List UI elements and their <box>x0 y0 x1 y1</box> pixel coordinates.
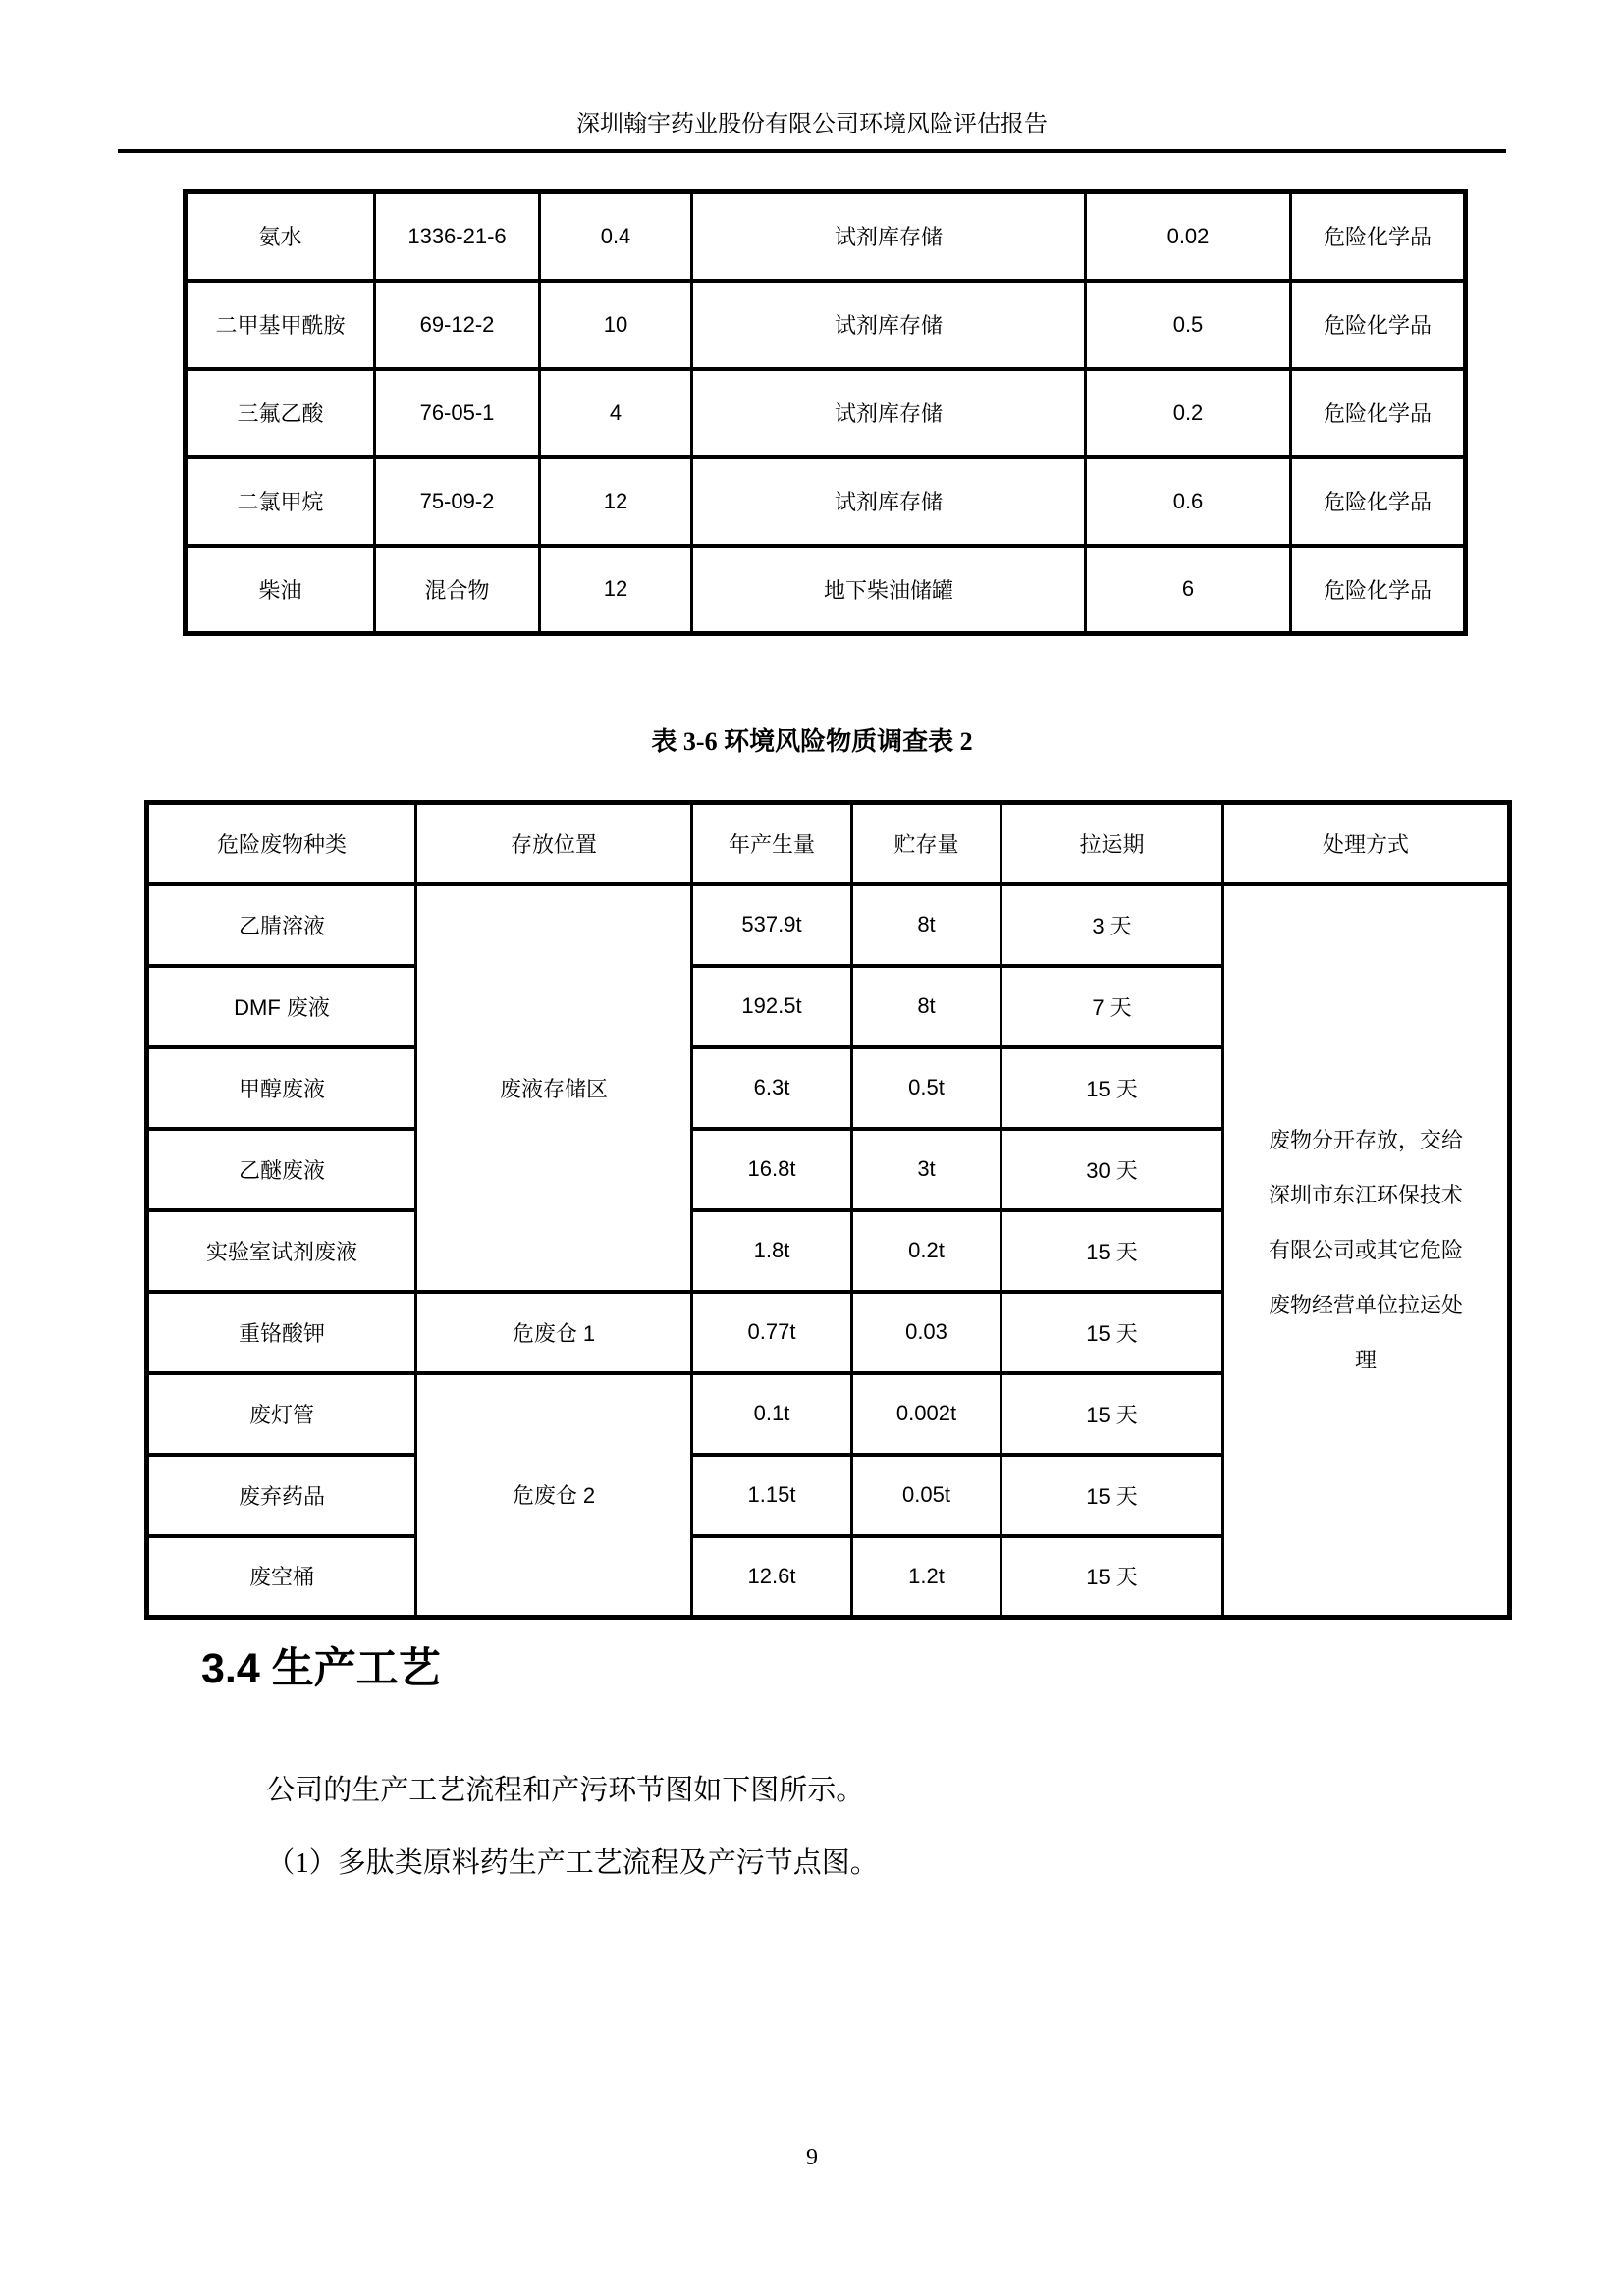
stock-cell: 8t <box>852 966 1001 1047</box>
waste-table: 危险废物种类 存放位置 年产生量 贮存量 拉运期 处理方式 乙腈溶液 废液存储区… <box>144 800 1512 1620</box>
amount-cell: 12 <box>540 457 692 546</box>
col-header-disposal: 处理方式 <box>1223 803 1510 884</box>
chemical-name-cell: 柴油 <box>186 546 375 634</box>
location-cell-warehouse2: 危废仓 2 <box>416 1373 692 1618</box>
section-heading: 3.4 生产工艺 <box>201 1643 1624 1694</box>
cas-number-cell: 76-05-1 <box>375 369 540 457</box>
waste-type-cell: DMF 废液 <box>147 966 416 1047</box>
table-row: 柴油 混合物 12 地下柴油储罐 6 危险化学品 <box>186 546 1466 634</box>
table-row: 三氟乙酸 76-05-1 4 试剂库存储 0.2 危险化学品 <box>186 369 1466 457</box>
chemical-name-cell: 二氯甲烷 <box>186 457 375 546</box>
stock-cell: 1.2t <box>852 1536 1001 1618</box>
haul-cycle-cell: 15 天 <box>1001 1210 1223 1292</box>
haul-cycle-cell: 3 天 <box>1001 884 1223 966</box>
table-row: 二氯甲烷 75-09-2 12 试剂库存储 0.6 危险化学品 <box>186 457 1466 546</box>
waste-type-cell: 废弃药品 <box>147 1455 416 1536</box>
waste-type-cell: 乙腈溶液 <box>147 884 416 966</box>
stock-cell: 0.2t <box>852 1210 1001 1292</box>
col-header-annual-output: 年产生量 <box>692 803 852 884</box>
table-header-row: 危险废物种类 存放位置 年产生量 贮存量 拉运期 处理方式 <box>147 803 1510 884</box>
col-header-location: 存放位置 <box>416 803 692 884</box>
annual-output-cell: 6.3t <box>692 1047 852 1129</box>
stock-cell: 0.5t <box>852 1047 1001 1129</box>
storage-location-cell: 地下柴油储罐 <box>692 546 1086 634</box>
stock-cell: 0.05t <box>852 1455 1001 1536</box>
waste-type-cell: 废空桶 <box>147 1536 416 1618</box>
category-cell: 危险化学品 <box>1291 369 1466 457</box>
haul-cycle-cell: 15 天 <box>1001 1373 1223 1455</box>
report-title: 深圳翰宇药业股份有限公司环境风险评估报告 <box>576 112 1048 137</box>
page-header: 深圳翰宇药业股份有限公司环境风险评估报告 <box>118 108 1506 153</box>
category-cell: 危险化学品 <box>1291 457 1466 546</box>
table-row: 二甲基甲酰胺 69-12-2 10 试剂库存储 0.5 危险化学品 <box>186 281 1466 369</box>
annual-output-cell: 192.5t <box>692 966 852 1047</box>
body-paragraph: （1）多肽类原料药生产工艺流程及产污节点图。 <box>187 1842 1487 1885</box>
location-cell-liquid-storage: 废液存储区 <box>416 884 692 1292</box>
storage-location-cell: 试剂库存储 <box>692 281 1086 369</box>
cas-number-cell: 75-09-2 <box>375 457 540 546</box>
waste-type-cell: 废灯管 <box>147 1373 416 1455</box>
haul-cycle-cell: 15 天 <box>1001 1292 1223 1373</box>
chemical-name-cell: 二甲基甲酰胺 <box>186 281 375 369</box>
body-paragraph: 公司的生产工艺流程和产污环节图如下图所示。 <box>187 1769 1487 1812</box>
cas-number-cell: 混合物 <box>375 546 540 634</box>
table-caption: 表 3-6 环境风险物质调查表 2 <box>0 724 1624 760</box>
annual-output-cell: 12.6t <box>692 1536 852 1618</box>
waste-type-cell: 重铬酸钾 <box>147 1292 416 1373</box>
stock-cell: 0.02 <box>1086 192 1291 281</box>
waste-type-cell: 甲醇废液 <box>147 1047 416 1129</box>
annual-output-cell: 1.8t <box>692 1210 852 1292</box>
cas-number-cell: 1336-21-6 <box>375 192 540 281</box>
storage-location-cell: 试剂库存储 <box>692 369 1086 457</box>
category-cell: 危险化学品 <box>1291 546 1466 634</box>
category-cell: 危险化学品 <box>1291 192 1466 281</box>
haul-cycle-cell: 7 天 <box>1001 966 1223 1047</box>
stock-cell: 0.6 <box>1086 457 1291 546</box>
annual-output-cell: 1.15t <box>692 1455 852 1536</box>
haul-cycle-cell: 30 天 <box>1001 1129 1223 1210</box>
stock-cell: 8t <box>852 884 1001 966</box>
stock-cell: 0.2 <box>1086 369 1291 457</box>
document-page: 深圳翰宇药业股份有限公司环境风险评估报告 氨水 1336-21-6 0.4 试剂… <box>0 0 1624 2296</box>
col-header-waste-type: 危险废物种类 <box>147 803 416 884</box>
amount-cell: 10 <box>540 281 692 369</box>
annual-output-cell: 0.1t <box>692 1373 852 1455</box>
stock-cell: 0.03 <box>852 1292 1001 1373</box>
storage-location-cell: 试剂库存储 <box>692 457 1086 546</box>
annual-output-cell: 537.9t <box>692 884 852 966</box>
chemicals-table: 氨水 1336-21-6 0.4 试剂库存储 0.02 危险化学品 二甲基甲酰胺… <box>183 189 1468 636</box>
disposal-method-cell: 废物分开存放，交给 深圳市东江环保技术 有限公司或其它危险 废物经营单位拉运处 … <box>1223 884 1510 1618</box>
haul-cycle-cell: 15 天 <box>1001 1047 1223 1129</box>
amount-cell: 12 <box>540 546 692 634</box>
table-row: 乙腈溶液 废液存储区 537.9t 8t 3 天 废物分开存放，交给 深圳市东江… <box>147 884 1510 966</box>
col-header-haul-cycle: 拉运期 <box>1001 803 1223 884</box>
category-cell: 危险化学品 <box>1291 281 1466 369</box>
haul-cycle-cell: 15 天 <box>1001 1455 1223 1536</box>
stock-cell: 3t <box>852 1129 1001 1210</box>
stock-cell: 0.5 <box>1086 281 1291 369</box>
stock-cell: 6 <box>1086 546 1291 634</box>
cas-number-cell: 69-12-2 <box>375 281 540 369</box>
annual-output-cell: 16.8t <box>692 1129 852 1210</box>
storage-location-cell: 试剂库存储 <box>692 192 1086 281</box>
stock-cell: 0.002t <box>852 1373 1001 1455</box>
haul-cycle-cell: 15 天 <box>1001 1536 1223 1618</box>
table-row: 氨水 1336-21-6 0.4 试剂库存储 0.02 危险化学品 <box>186 192 1466 281</box>
chemical-name-cell: 氨水 <box>186 192 375 281</box>
waste-type-cell: 实验室试剂废液 <box>147 1210 416 1292</box>
col-header-stock: 贮存量 <box>852 803 1001 884</box>
annual-output-cell: 0.77t <box>692 1292 852 1373</box>
amount-cell: 0.4 <box>540 192 692 281</box>
amount-cell: 4 <box>540 369 692 457</box>
page-number: 9 <box>0 2145 1624 2171</box>
waste-type-cell: 乙醚废液 <box>147 1129 416 1210</box>
chemical-name-cell: 三氟乙酸 <box>186 369 375 457</box>
location-cell-warehouse1: 危废仓 1 <box>416 1292 692 1373</box>
